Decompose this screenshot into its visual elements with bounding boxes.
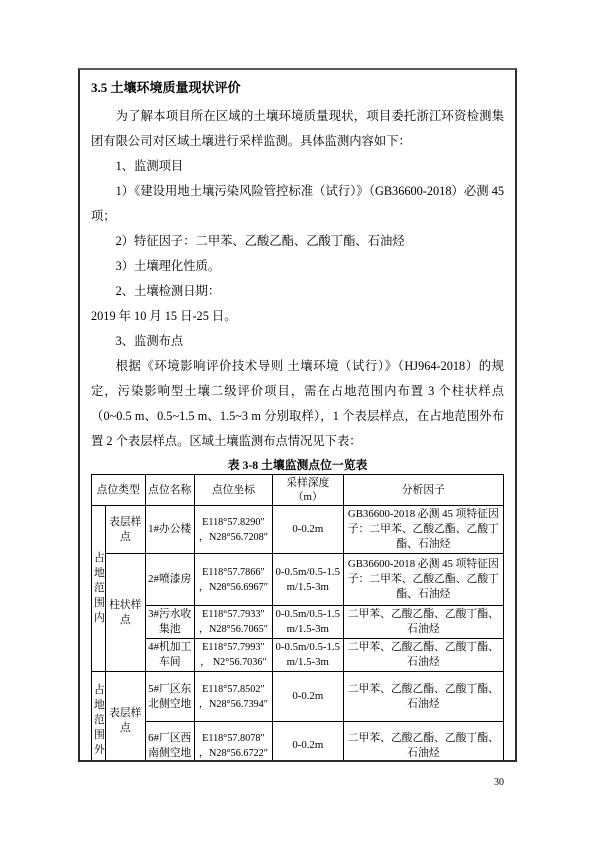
subtype-column: 柱状样点 [106,554,146,672]
paragraph-layout-detail: 根据《环境影响评价技术导则 土壤环境（试行）》（HJ964-2018）的规定，污… [91,354,504,454]
analysis-factors: 二甲苯、乙酸乙酯、乙酸丁酯、石油烃 [343,722,503,763]
paragraph-date-label: 2、土壤检测日期： [91,279,504,304]
point-coordinates: E118°57.7993″ ， N2°56.7036″ [194,639,272,672]
point-coordinates: E118°57.8502″ ，N28°56.7394″ [194,672,272,722]
sampling-depth: 0-0.5m/0.5-1.5m/1.5-3m [272,554,343,606]
analysis-factors: 二甲苯、乙酸乙酯、乙酸丁酯、石油烃 [343,639,503,672]
table-row: 占地范围内 表层样点 1#办公楼 E118°57.8290″ ，N28°56.7… [92,506,504,554]
analysis-factors: GB36600-2018 必测 45 项特征因子：二甲苯、乙酸乙酯、乙酸丁酯、石… [343,554,503,606]
table-row: 占地范围外 表层样点 5#厂区东北侧空地 E118°57.8502″ ，N28°… [92,672,504,722]
paragraph-date-value: 2019 年 10 月 15 日-25 日。 [91,304,504,329]
point-name: 3#污水收集池 [145,606,194,639]
group-outside-area: 占地范围外 [92,672,106,763]
page-number: 30 [494,776,504,790]
soil-monitoring-table: 点位类型 点位名称 点位坐标 采样深度（m） 分析因子 占地范围内 表层样点 1… [91,474,504,762]
content-frame: 3.5 土壤环境质量现状评价 为了解本项目所在区域的土壤环境质量现状，项目委托浙… [78,68,517,762]
col-header-sampling-depth: 采样深度（m） [272,475,343,506]
table-header-row: 点位类型 点位名称 点位坐标 采样深度（m） 分析因子 [92,475,504,506]
col-header-coordinates: 点位坐标 [194,475,272,506]
point-coordinates: E118°57.8078″ ，N28°56.6722″ [194,722,272,763]
point-coordinates: E118°57.7866″ ，N28°56.6967″ [194,554,272,606]
analysis-factors: 二甲苯、乙酸乙酯、乙酸丁酯、石油烃 [343,606,503,639]
analysis-factors: GB36600-2018 必测 45 项特征因子：二甲苯、乙酸乙酯、乙酸丁酯、石… [343,506,503,554]
sampling-depth: 0-0.5m/0.5-1.5m/1.5-3m [272,639,343,672]
col-header-analysis-factors: 分析因子 [343,475,503,506]
paragraph-layout-label: 3、监测布点 [91,329,504,354]
point-name: 6#厂区西南侧空地 [145,722,194,763]
point-name: 4#机加工车间 [145,639,194,672]
section-heading: 3.5 土壤环境质量现状评价 [91,78,504,98]
sampling-depth: 0-0.2m [272,722,343,763]
analysis-factors: 二甲苯、乙酸乙酯、乙酸丁酯、石油烃 [343,672,503,722]
subtype-surface-in: 表层样点 [106,506,146,554]
sampling-depth: 0-0.2m [272,506,343,554]
paragraph-monitor-items: 1、监测项目 [91,154,504,179]
group-inside-area: 占地范围内 [92,506,106,672]
point-name: 1#办公楼 [145,506,194,554]
table-row: 3#污水收集池 E118°57.7933″ ，N28°56.7065″ 0-0.… [92,606,504,639]
paragraph-standard: 1）《建设用地土壤污染风险管控标准（试行）》（GB36600-2018）必测 4… [91,179,504,229]
point-coordinates: E118°57.7933″ ，N28°56.7065″ [194,606,272,639]
col-header-point-name: 点位名称 [145,475,194,506]
point-name: 2#喷漆房 [145,554,194,606]
point-name: 5#厂区东北侧空地 [145,672,194,722]
subtype-surface-out: 表层样点 [106,672,146,763]
paragraph-intro: 为了解本项目所在区域的土壤环境质量现状，项目委托浙江环资检测集团有限公司对区域土… [91,104,504,154]
sampling-depth: 0-0.2m [272,672,343,722]
table-row: 柱状样点 2#喷漆房 E118°57.7866″ ，N28°56.6967″ 0… [92,554,504,606]
paragraph-physchem: 3）土壤理化性质。 [91,254,504,279]
sampling-depth: 0-0.5m/0.5-1.5m/1.5-3m [272,606,343,639]
point-coordinates: E118°57.8290″ ，N28°56.7208″ [194,506,272,554]
paragraph-factors: 2）特征因子：二甲苯、乙酸乙酯、乙酸丁酯、石油烃 [91,229,504,254]
table-row: 4#机加工车间 E118°57.7993″ ， N2°56.7036″ 0-0.… [92,639,504,672]
table-title: 表 3-8 土壤监测点位一览表 [91,457,504,473]
table-row: 6#厂区西南侧空地 E118°57.8078″ ，N28°56.6722″ 0-… [92,722,504,763]
col-header-point-type: 点位类型 [92,475,146,506]
